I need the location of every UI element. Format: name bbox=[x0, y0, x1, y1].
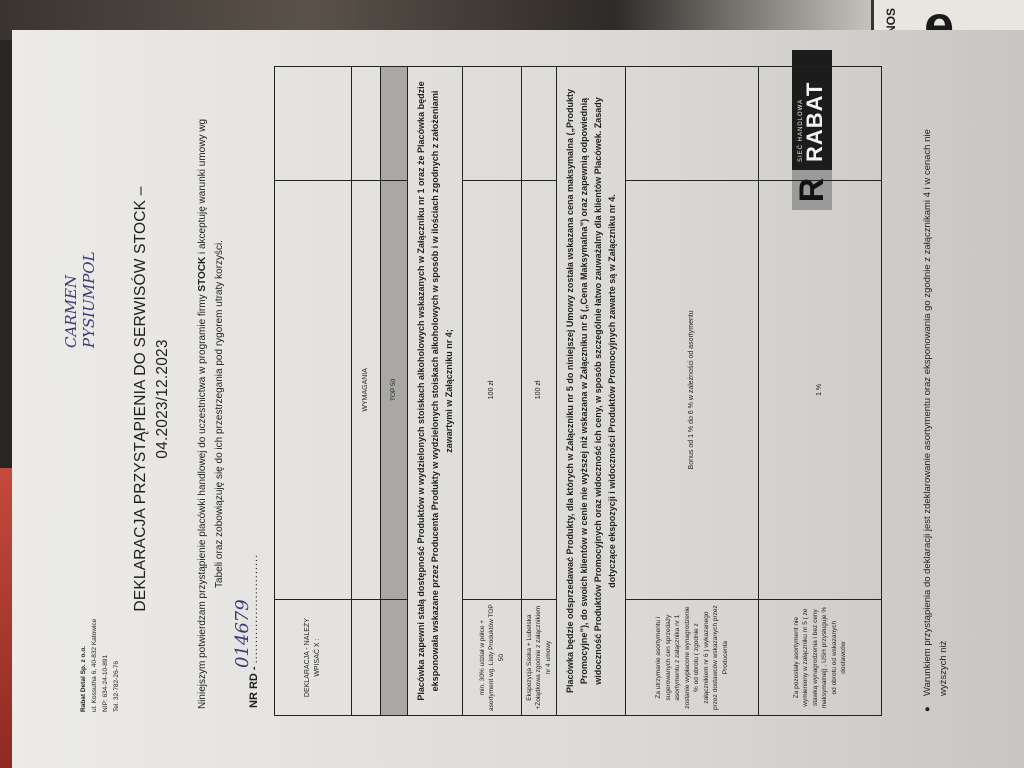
table-row: WYMAGANIA bbox=[352, 67, 381, 716]
header-blank-cell bbox=[275, 67, 352, 181]
value-cell: 100 zł bbox=[522, 180, 557, 600]
requirements-header: WYMAGANIA bbox=[352, 180, 381, 600]
footer-note: ● Warunkiem przystąpienia do deklaracji … bbox=[920, 110, 952, 696]
blank-cell bbox=[352, 600, 381, 716]
header-spacer-cell bbox=[275, 180, 352, 600]
table-row: Placówka zapewni stałą dostępność Produk… bbox=[408, 67, 463, 716]
paper-photo: R SIEĆ HANDLOWA RABAT Rabat Detal Sp. z … bbox=[12, 30, 1024, 768]
section-blank-cell bbox=[381, 600, 408, 716]
blank-cell bbox=[352, 67, 381, 181]
requirement-cell: Ekspozycja Saska + Lubelska +Żołądkowa z… bbox=[522, 600, 557, 716]
intro-part1: Niniejszym potwierdzam przystąpienie pla… bbox=[197, 292, 208, 709]
table-row: min. 30% udział w półce + asortyment wg.… bbox=[463, 67, 522, 716]
declaration-document: R SIEĆ HANDLOWA RABAT Rabat Detal Sp. z … bbox=[12, 30, 1024, 768]
handwritten-name: CARMEN PYSIUMPOL bbox=[62, 238, 98, 348]
value-cell: 100 zł bbox=[463, 180, 522, 600]
table-row: Placówka będzie odsprzedawać Produkty, d… bbox=[557, 67, 626, 716]
checkbox-cell[interactable] bbox=[759, 67, 882, 181]
table-row: Za utrzymanie asortymentu i sugerowanych… bbox=[626, 67, 759, 716]
handwritten-name-line2: PYSIUMPOL bbox=[80, 238, 98, 348]
nr-rd-handwritten-value: 014679 bbox=[232, 599, 253, 668]
declaration-table: DEKLARACJA - NALEŻY WPISAĆ X : WYMAGANIA… bbox=[274, 66, 882, 716]
title-line2: 04.2023/12.2023 bbox=[152, 70, 174, 728]
section-blank-cell bbox=[381, 67, 408, 181]
company-info: Rabat Detal Sp. z o.o. ul. Kossutha 6, 4… bbox=[78, 619, 122, 712]
footer-note-text: Warunkiem przystąpienia do deklaracji je… bbox=[922, 129, 949, 696]
requirement-cell: min. 30% udział w półce + asortyment wg.… bbox=[463, 600, 522, 716]
checkbox-cell[interactable] bbox=[522, 67, 557, 181]
nr-rd-label: NR RD - bbox=[248, 666, 260, 708]
value-cell: Bonus od 1 % do 6 % w zależności od asor… bbox=[626, 180, 759, 600]
nr-rd-field[interactable]: NR RD - ........................... 0146… bbox=[248, 554, 260, 708]
table-row: Za pozostały asortyment nie wymieniony w… bbox=[759, 67, 882, 716]
intro-paragraph: Niniejszym potwierdzam przystąpienie pla… bbox=[194, 110, 228, 718]
document-title: DEKLARACJA PRZYSTĄPIENIA DO SERWISÓW STO… bbox=[130, 70, 174, 728]
requirement-cell: Za pozostały asortyment nie wymieniony w… bbox=[759, 600, 882, 716]
top50-paragraph: Placówka zapewni stałą dostępność Produk… bbox=[408, 67, 463, 716]
value-cell: 1 % bbox=[759, 180, 882, 600]
declaration-header-cell: DEKLARACJA - NALEŻY WPISAĆ X : bbox=[275, 600, 352, 716]
table-row: TOP 50 bbox=[381, 67, 408, 716]
promo-paragraph: Placówka będzie odsprzedawać Produkty, d… bbox=[557, 67, 626, 716]
handwritten-name-line1: CARMEN bbox=[62, 238, 80, 348]
requirement-cell: Za utrzymanie asortymentu i sugerowanych… bbox=[626, 600, 759, 716]
checkbox-cell[interactable] bbox=[463, 67, 522, 181]
table-row: DEKLARACJA - NALEŻY WPISAĆ X : bbox=[275, 67, 352, 716]
checkbox-cell[interactable] bbox=[626, 67, 759, 181]
company-address: ul. Kossutha 6, 40-832 Katowice bbox=[89, 619, 100, 712]
company-nip: NIP: 634-24-10-891 bbox=[100, 619, 111, 712]
company-tel: Tel. 32-782-26-76 bbox=[111, 619, 122, 712]
bullet-icon: ● bbox=[920, 706, 936, 712]
section-label-top50: TOP 50 bbox=[381, 180, 408, 600]
company-name: Rabat Detal Sp. z o.o. bbox=[78, 619, 89, 712]
table-row: Ekspozycja Saska + Lubelska +Żołądkowa z… bbox=[522, 67, 557, 716]
intro-brand: STOCK bbox=[197, 257, 208, 292]
title-line1: DEKLARACJA PRZYSTĄPIENIA DO SERWISÓW STO… bbox=[130, 70, 152, 728]
